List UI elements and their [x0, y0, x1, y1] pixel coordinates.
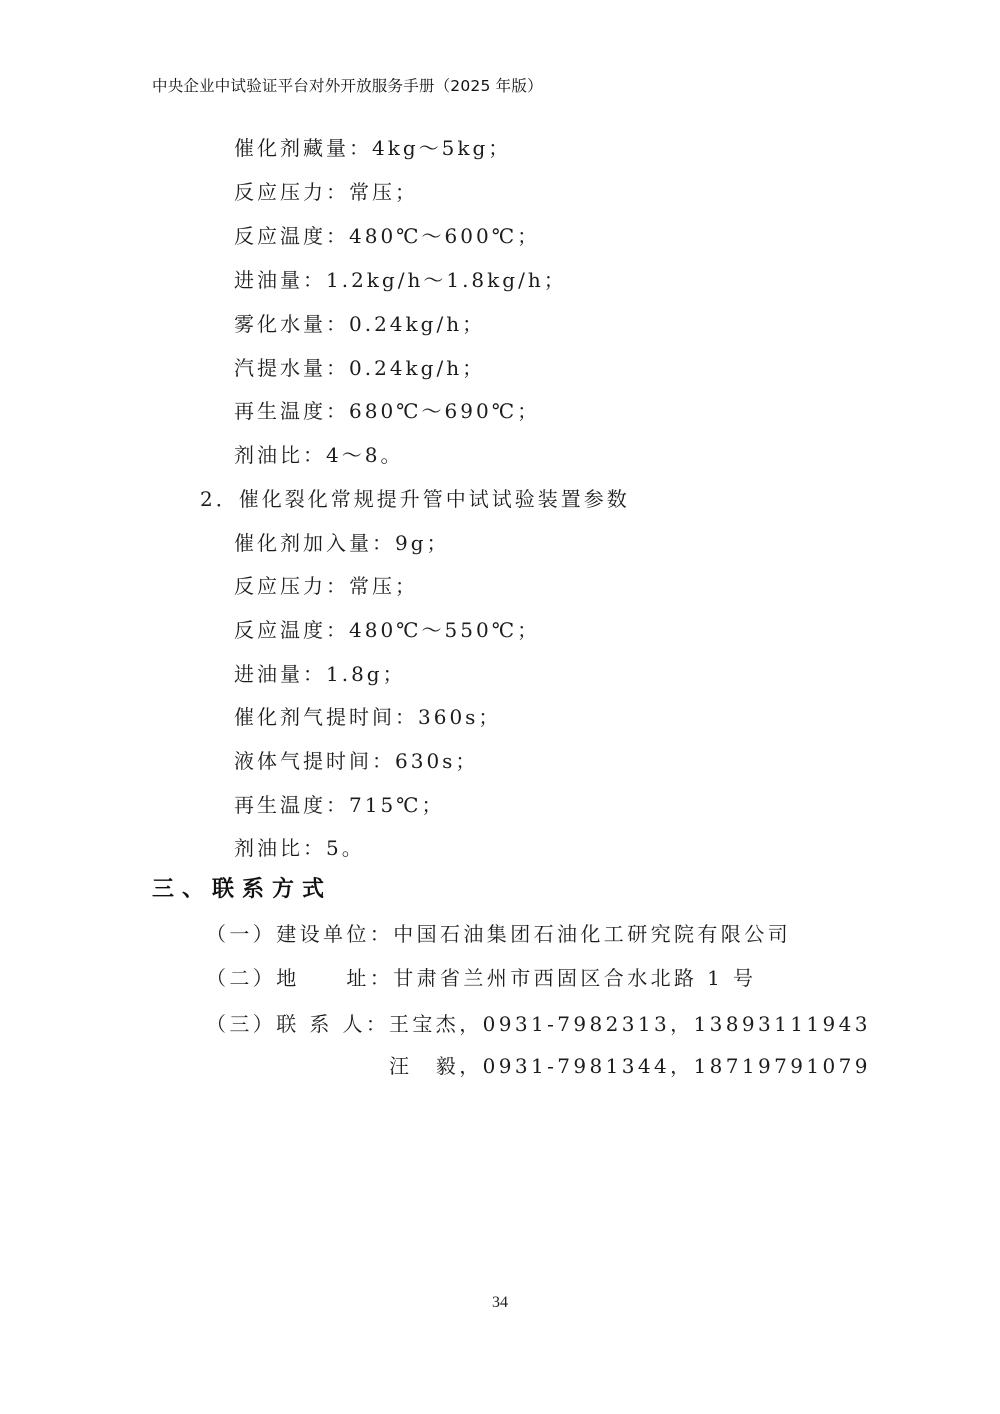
param-line: 反应压力：常压； [234, 180, 418, 204]
param-line: 催化剂气提时间：360s； [234, 705, 501, 729]
param-line: 雾化水量：0.24kg/h； [234, 312, 485, 336]
param-line: 反应压力：常压； [234, 574, 418, 598]
param-line: 再生温度：680℃～690℃； [234, 399, 540, 423]
construction-unit: （一）建设单位：中国石油集团石油化工研究院有限公司 [206, 922, 791, 946]
contact-person: 汪 毅，0931-7981344，18719791079 [389, 1054, 871, 1078]
param-line: 汽提水量：0.24kg/h； [234, 356, 485, 380]
page-number: 34 [0, 1294, 1000, 1312]
param-line: 反应温度：480℃～600℃； [234, 224, 540, 248]
section-title: 三、联系方式 [152, 872, 332, 903]
param-line: 进油量：1.8g； [234, 662, 406, 686]
param-line: 剂油比：4～8。 [234, 443, 403, 467]
address: （二）地 址：甘肃省兰州市西固区合水北路 1 号 [206, 966, 756, 990]
contact-person: 王宝杰，0931-7982313，13893111943 [389, 1012, 871, 1036]
param-line: 液体气提时间：630s； [234, 749, 478, 773]
param-line: 再生温度：715℃； [234, 793, 445, 817]
param-line: 催化剂加入量：9g； [234, 531, 450, 555]
contact-label: （三）联 系 人： [206, 1012, 389, 1036]
subsection-heading: 2．催化裂化常规提升管中试试验装置参数 [200, 487, 630, 511]
param-line: 剂油比：5。 [234, 836, 365, 860]
param-line: 进油量：1.2kg/h～1.8kg/h； [234, 268, 567, 292]
running-header: 中央企业中试验证平台对外开放服务手册（2025 年版） [152, 74, 543, 96]
param-line: 反应温度：480℃～550℃； [234, 618, 540, 642]
param-line: 催化剂藏量：4kg～5kg； [234, 136, 511, 160]
